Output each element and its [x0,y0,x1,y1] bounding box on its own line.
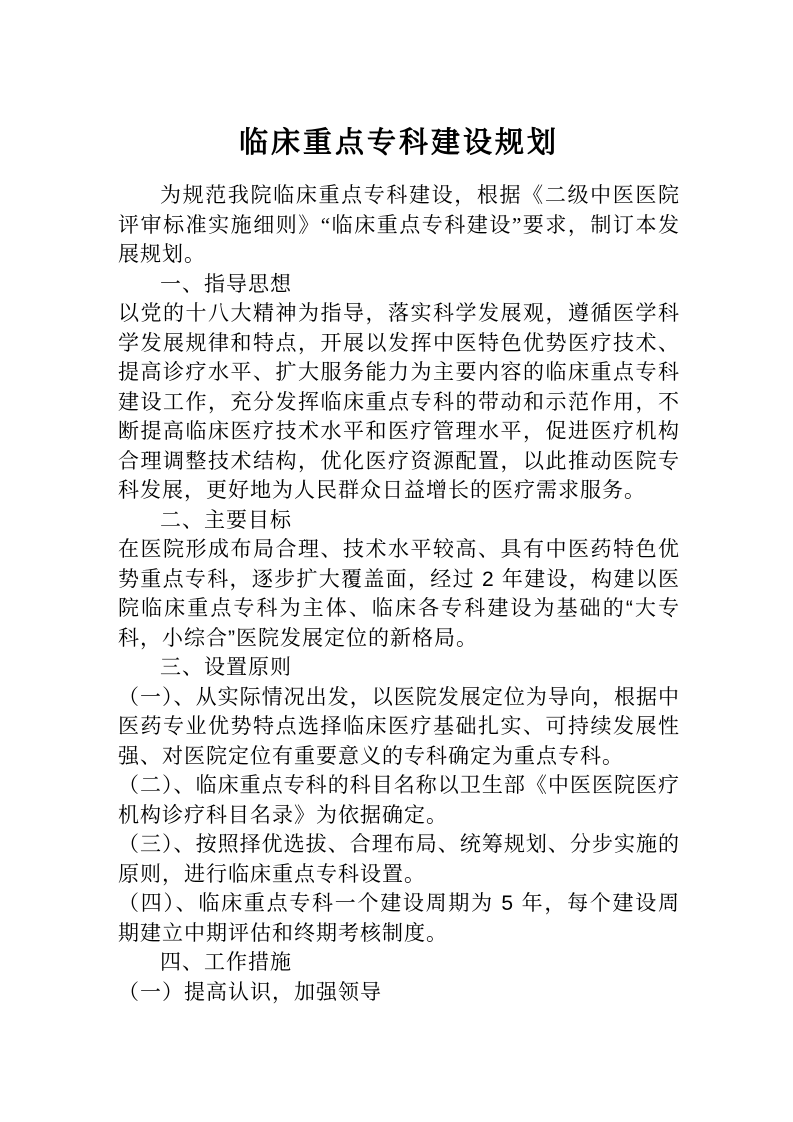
section-heading-main-goals: 二、主要目标 [118,506,680,536]
section-paragraph-item-2: （二）、临床重点专科的科目名称以卫生部《中医医院医疗机构诊疗科目名录》为依据确定… [118,771,680,830]
section-paragraph: 以党的十八大精神为指导，落实科学发展观，遵循医学科学发展规律和特点，开展以发挥中… [118,299,680,506]
document-body: 临床重点专科建设规划 为规范我院临床重点专科建设，根据《二级中医医院评审标准实施… [0,0,793,1007]
section-paragraph-item-4: （四）、临床重点专科一个建设周期为 5 年，每个建设周期建立中期评估和终期考核制… [118,889,680,948]
section-paragraph-item-1: （一）、从实际情况出发，以医院发展定位为导向，根据中医药专业优势特点选择临床医疗… [118,683,680,772]
page-title: 临床重点专科建设规划 [118,120,680,166]
section-paragraph: 在医院形成布局合理、技术水平较高、具有中医药特色优势重点专科，逐步扩大覆盖面，经… [118,535,680,653]
section-heading-work-measures: 四、工作措施 [118,948,680,978]
section-paragraph-item-3: （三）、按照择优选拔、合理布局、统筹规划、分步实施的原则，进行临床重点专科设置。 [118,830,680,889]
document-page: 临床重点专科建设规划 为规范我院临床重点专科建设，根据《二级中医医院评审标准实施… [0,0,793,1122]
intro-paragraph: 为规范我院临床重点专科建设，根据《二级中医医院评审标准实施细则》“临床重点专科建… [118,181,680,270]
section-paragraph-item-1: （一）提高认识，加强领导 [118,978,680,1008]
section-heading-guiding-ideology: 一、指导思想 [118,270,680,300]
section-heading-setup-principles: 三、设置原则 [118,653,680,683]
